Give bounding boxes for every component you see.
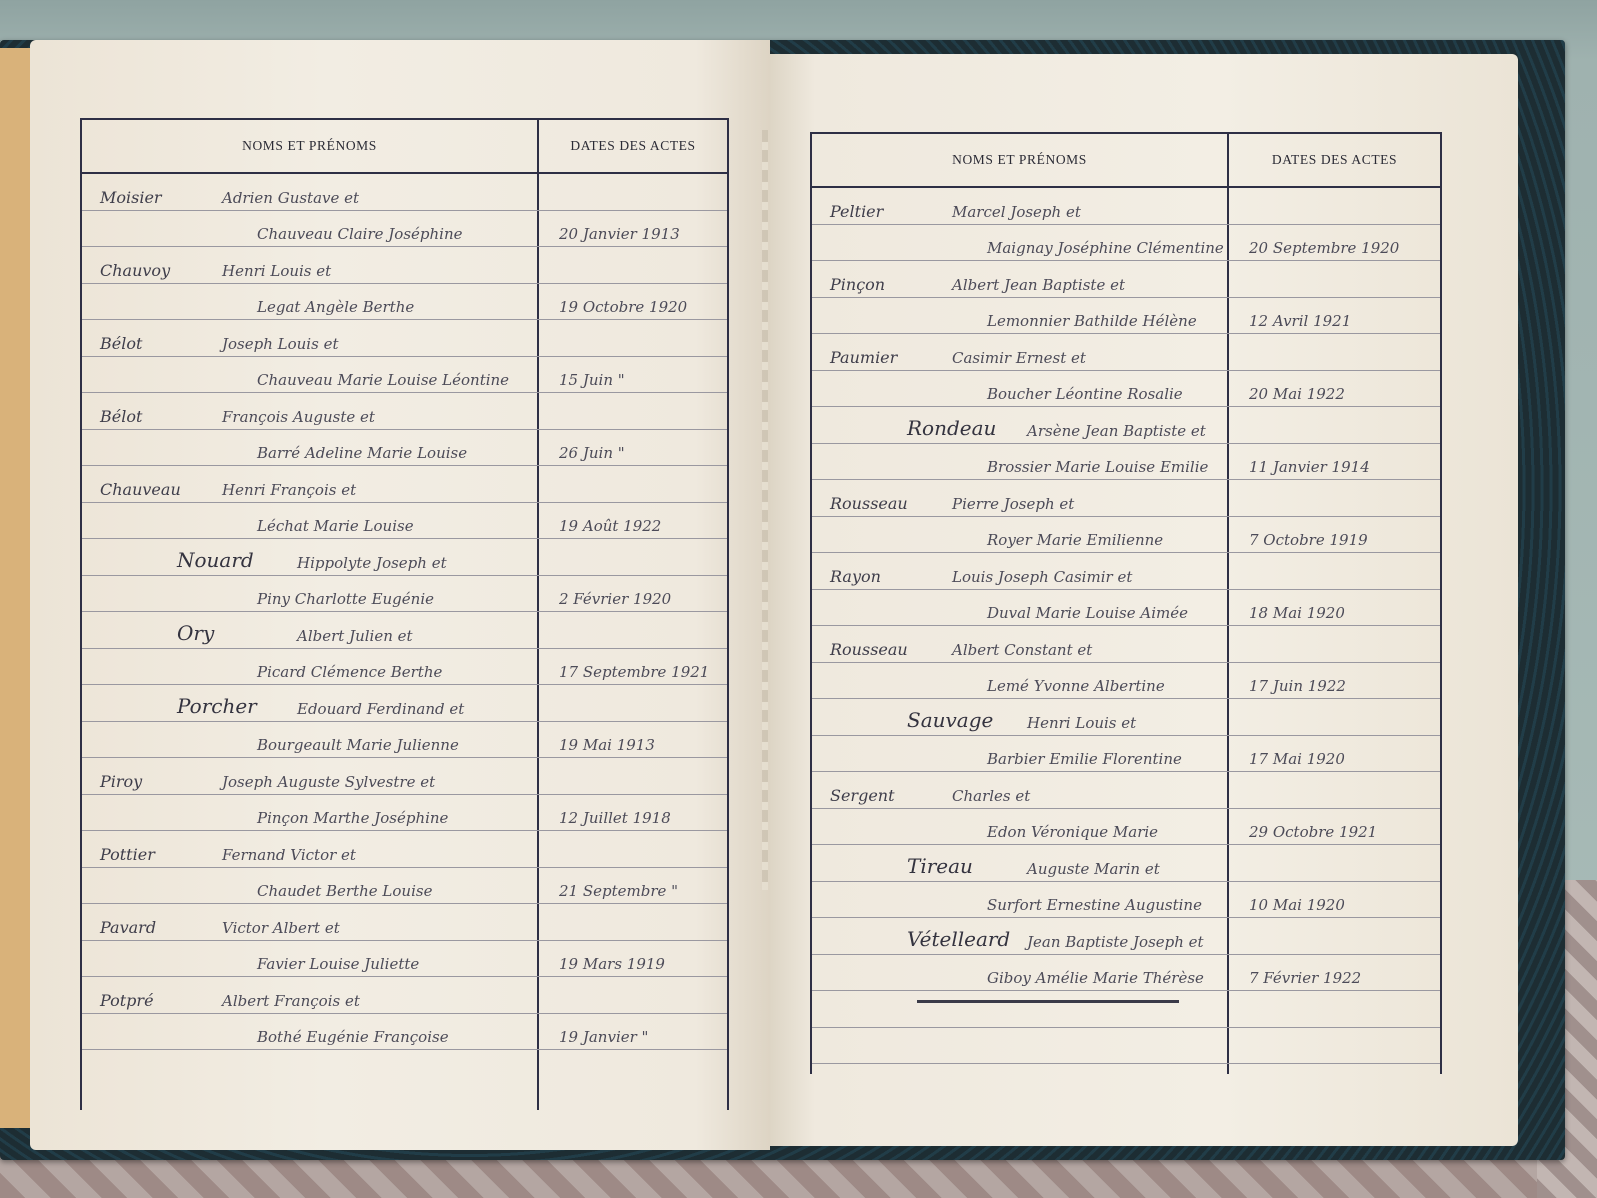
groom-given-names: Auguste Marin et [1027, 860, 1160, 878]
right-page: NOMS ET PRÉNOMS DATES DES ACTES PeltierM… [770, 54, 1518, 1146]
table-row: BélotFrançois Auguste et [82, 393, 727, 430]
empty-row [812, 991, 1440, 1028]
surname: Vételleard [907, 927, 1010, 951]
act-date: 7 Février 1922 [1249, 969, 1361, 987]
table-row: ChauveauHenri François et [82, 466, 727, 503]
table-row: Duval Marie Louise Aimée18 Mai 1920 [812, 590, 1440, 627]
table-row: Lemé Yvonne Albertine17 Juin 1922 [812, 663, 1440, 700]
bride-name: Chaudet Berthe Louise [257, 882, 432, 900]
register-table-right: NOMS ET PRÉNOMS DATES DES ACTES PeltierM… [810, 132, 1442, 1074]
surname: Moisier [100, 188, 162, 207]
act-date: 17 Septembre 1921 [559, 663, 709, 681]
surname: Sauvage [907, 708, 993, 732]
table-row: Piny Charlotte Eugénie2 Février 1920 [82, 576, 727, 613]
act-date: 17 Juin 1922 [1249, 677, 1346, 695]
table-row: OryAlbert Julien et [82, 612, 727, 649]
surname: Potpré [100, 991, 154, 1010]
bride-name: Lemé Yvonne Albertine [987, 677, 1165, 695]
groom-given-names: Henri Louis et [222, 262, 331, 280]
groom-given-names: Casimir Ernest et [952, 349, 1086, 367]
surname: Paumier [830, 348, 897, 367]
table-row: NouardHippolyte Joseph et [82, 539, 727, 576]
bride-name: Boucher Léontine Rosalie [987, 385, 1183, 403]
register-table-left: NOMS ET PRÉNOMS DATES DES ACTES MoisierA… [80, 118, 729, 1110]
act-date: 26 Juin " [559, 444, 625, 462]
act-date: 19 Janvier " [559, 1028, 648, 1046]
table-row: Favier Louise Juliette19 Mars 1919 [82, 941, 727, 978]
bride-name: Barbier Emilie Florentine [987, 750, 1182, 768]
entries-right: PeltierMarcel Joseph etMaignay Joséphine… [812, 188, 1440, 1064]
surname: Tireau [907, 854, 973, 878]
surname: Piroy [100, 772, 142, 791]
table-row: PeltierMarcel Joseph et [812, 188, 1440, 225]
entries-left: MoisierAdrien Gustave etChauveau Claire … [82, 174, 727, 1050]
table-row: TireauAuguste Marin et [812, 845, 1440, 882]
surname: Pottier [100, 845, 155, 864]
groom-given-names: Charles et [952, 787, 1030, 805]
act-date: 19 Août 1922 [559, 517, 661, 535]
surname: Pavard [100, 918, 156, 937]
act-date: 20 Septembre 1920 [1249, 239, 1399, 257]
empty-row [812, 1028, 1440, 1065]
table-row: Bourgeault Marie Julienne19 Mai 1913 [82, 722, 727, 759]
act-date: 10 Mai 1920 [1249, 896, 1345, 914]
table-row: Léchat Marie Louise19 Août 1922 [82, 503, 727, 540]
groom-given-names: François Auguste et [222, 408, 375, 426]
table-row: Pinçon Marthe Joséphine12 Juillet 1918 [82, 795, 727, 832]
table-row: RayonLouis Joseph Casimir et [812, 553, 1440, 590]
act-date: 17 Mai 1920 [1249, 750, 1345, 768]
act-date: 19 Mars 1919 [559, 955, 665, 973]
act-date: 15 Juin " [559, 371, 625, 389]
surname: Rousseau [830, 640, 908, 659]
table-row: PotpréAlbert François et [82, 977, 727, 1014]
table-row: RousseauAlbert Constant et [812, 626, 1440, 663]
groom-given-names: Victor Albert et [222, 919, 340, 937]
table-row: Legat Angèle Berthe19 Octobre 1920 [82, 284, 727, 321]
surname: Rousseau [830, 494, 908, 513]
surname: Peltier [830, 202, 883, 221]
groom-given-names: Albert Julien et [297, 627, 413, 645]
table-row: BélotJoseph Louis et [82, 320, 727, 357]
act-date: 20 Mai 1922 [1249, 385, 1345, 403]
surname: Bélot [100, 407, 142, 426]
table-row: Brossier Marie Louise Emilie11 Janvier 1… [812, 444, 1440, 481]
surname: Sergent [830, 786, 895, 805]
table-row: PavardVictor Albert et [82, 904, 727, 941]
surname: Chauveau [100, 480, 181, 499]
surname: Ory [177, 621, 214, 645]
surname: Nouard [177, 548, 254, 572]
table-row: Bothé Eugénie Françoise19 Janvier " [82, 1014, 727, 1051]
groom-given-names: Joseph Louis et [222, 335, 338, 353]
header-names: NOMS ET PRÉNOMS [812, 134, 1227, 188]
table-row: PiroyJoseph Auguste Sylvestre et [82, 758, 727, 795]
binding-stitch [762, 130, 768, 890]
table-row: VételleardJean Baptiste Joseph et [812, 918, 1440, 955]
bride-name: Royer Marie Emilienne [987, 531, 1163, 549]
act-date: 20 Janvier 1913 [559, 225, 680, 243]
table-row: Giboy Amélie Marie Thérèse7 Février 1922 [812, 955, 1440, 992]
act-date: 12 Juillet 1918 [559, 809, 671, 827]
groom-given-names: Henri François et [222, 481, 356, 499]
surname: Chauvoy [100, 261, 170, 280]
header-names: NOMS ET PRÉNOMS [82, 120, 537, 174]
surname: Bélot [100, 334, 142, 353]
table-row: PottierFernand Victor et [82, 831, 727, 868]
surname: Pinçon [830, 275, 885, 294]
act-date: 12 Avril 1921 [1249, 312, 1351, 330]
bride-name: Giboy Amélie Marie Thérèse [987, 969, 1204, 987]
left-page: NOMS ET PRÉNOMS DATES DES ACTES MoisierA… [30, 40, 770, 1150]
bride-name: Picard Clémence Berthe [257, 663, 442, 681]
bride-name: Chauveau Claire Joséphine [257, 225, 463, 243]
table-row: SauvageHenri Louis et [812, 699, 1440, 736]
bride-name: Brossier Marie Louise Emilie [987, 458, 1208, 476]
table-row: ChauvoyHenri Louis et [82, 247, 727, 284]
surname: Porcher [177, 694, 257, 718]
table-row: Lemonnier Bathilde Hélène12 Avril 1921 [812, 298, 1440, 335]
bride-name: Chauveau Marie Louise Léontine [257, 371, 509, 389]
table-row: Surfort Ernestine Augustine10 Mai 1920 [812, 882, 1440, 919]
bride-name: Bothé Eugénie Françoise [257, 1028, 449, 1046]
groom-given-names: Hippolyte Joseph et [297, 554, 447, 572]
groom-given-names: Louis Joseph Casimir et [952, 568, 1132, 586]
table-row: Chauveau Claire Joséphine20 Janvier 1913 [82, 211, 727, 248]
groom-given-names: Fernand Victor et [222, 846, 356, 864]
table-row: Chauveau Marie Louise Léontine15 Juin " [82, 357, 727, 394]
table-row: RousseauPierre Joseph et [812, 480, 1440, 517]
header-dates: DATES DES ACTES [539, 120, 727, 174]
bride-name: Legat Angèle Berthe [257, 298, 414, 316]
groom-given-names: Adrien Gustave et [222, 189, 359, 207]
act-date: 7 Octobre 1919 [1249, 531, 1368, 549]
groom-given-names: Albert Jean Baptiste et [952, 276, 1125, 294]
bride-name: Barré Adeline Marie Louise [257, 444, 467, 462]
groom-given-names: Albert Constant et [952, 641, 1092, 659]
groom-given-names: Jean Baptiste Joseph et [1027, 933, 1204, 951]
table-row: Maignay Joséphine Clémentine20 Septembre… [812, 225, 1440, 262]
act-date: 11 Janvier 1914 [1249, 458, 1370, 476]
table-row: Edon Véronique Marie29 Octobre 1921 [812, 809, 1440, 846]
bride-name: Léchat Marie Louise [257, 517, 414, 535]
closing-rule [917, 1000, 1179, 1003]
bride-name: Favier Louise Juliette [257, 955, 419, 973]
header-dates: DATES DES ACTES [1229, 134, 1440, 188]
groom-given-names: Marcel Joseph et [952, 203, 1081, 221]
table-row: Barré Adeline Marie Louise26 Juin " [82, 430, 727, 467]
table-row: PinçonAlbert Jean Baptiste et [812, 261, 1440, 298]
groom-given-names: Henri Louis et [1027, 714, 1136, 732]
table-row: MoisierAdrien Gustave et [82, 174, 727, 211]
act-date: 19 Octobre 1920 [559, 298, 687, 316]
table-row: PaumierCasimir Ernest et [812, 334, 1440, 371]
table-row: PorcherEdouard Ferdinand et [82, 685, 727, 722]
groom-given-names: Joseph Auguste Sylvestre et [222, 773, 435, 791]
act-date: 18 Mai 1920 [1249, 604, 1345, 622]
groom-given-names: Albert François et [222, 992, 360, 1010]
table-row: Boucher Léontine Rosalie20 Mai 1922 [812, 371, 1440, 408]
bride-name: Duval Marie Louise Aimée [987, 604, 1188, 622]
table-row: Barbier Emilie Florentine17 Mai 1920 [812, 736, 1440, 773]
bride-name: Surfort Ernestine Augustine [987, 896, 1202, 914]
bride-name: Lemonnier Bathilde Hélène [987, 312, 1197, 330]
table-row: Chaudet Berthe Louise21 Septembre " [82, 868, 727, 905]
act-date: 21 Septembre " [559, 882, 678, 900]
surname: Rayon [830, 567, 881, 586]
bride-name: Maignay Joséphine Clémentine [987, 239, 1224, 257]
bride-name: Pinçon Marthe Joséphine [257, 809, 448, 827]
table-row: SergentCharles et [812, 772, 1440, 809]
bride-name: Edon Véronique Marie [987, 823, 1158, 841]
groom-given-names: Edouard Ferdinand et [297, 700, 464, 718]
bride-name: Bourgeault Marie Julienne [257, 736, 459, 754]
bride-name: Piny Charlotte Eugénie [257, 590, 434, 608]
groom-given-names: Pierre Joseph et [952, 495, 1074, 513]
act-date: 2 Février 1920 [559, 590, 671, 608]
groom-given-names: Arsène Jean Baptiste et [1027, 422, 1206, 440]
act-date: 19 Mai 1913 [559, 736, 655, 754]
surname: Rondeau [907, 416, 996, 440]
table-row: Royer Marie Emilienne7 Octobre 1919 [812, 517, 1440, 554]
act-date: 29 Octobre 1921 [1249, 823, 1377, 841]
table-row: RondeauArsène Jean Baptiste et [812, 407, 1440, 444]
table-row: Picard Clémence Berthe17 Septembre 1921 [82, 649, 727, 686]
